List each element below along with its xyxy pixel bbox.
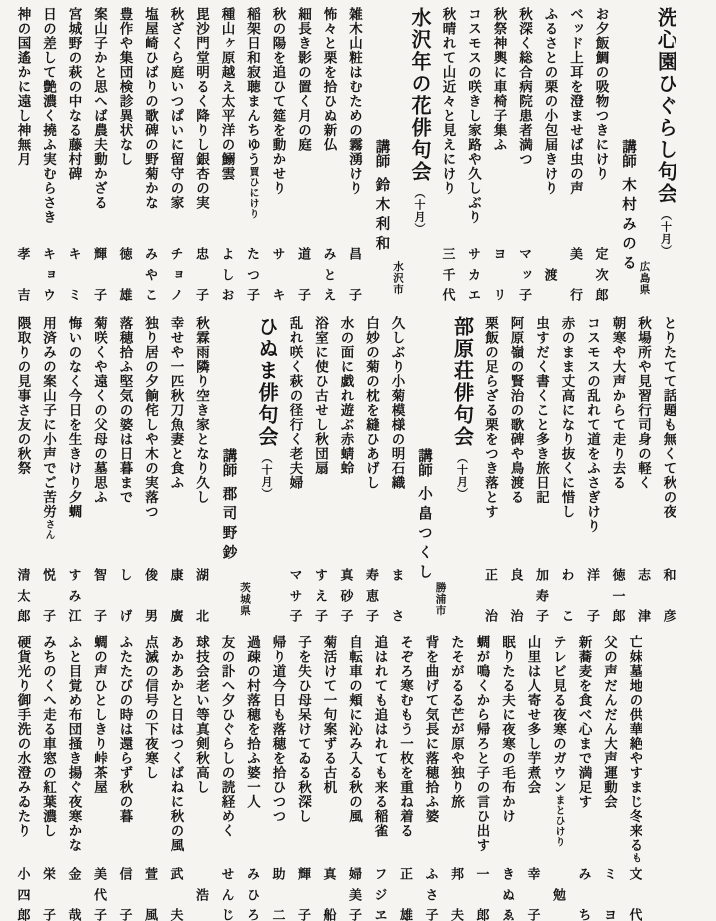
author-char: た: [246, 247, 260, 260]
poem-text: 隈取りの見事さ友の秋祭: [16, 316, 31, 476]
poem-author: すえ子: [314, 568, 328, 622]
poem-author: 加寿子: [535, 568, 549, 622]
lecturer-place-column: 茨城県: [239, 316, 250, 622]
author-char: 幸: [526, 867, 540, 880]
author-char: み: [322, 247, 336, 260]
author-char: 津: [637, 609, 651, 622]
section-title-column: 洗心園ひぐらし句会（十月）: [656, 7, 676, 301]
poem-author: キミ: [67, 247, 81, 301]
author-char: ミ: [67, 288, 81, 301]
poem-column: 秋の陽を追ひて筵を動かせりサキ: [271, 7, 285, 301]
poem-author: 清太郎: [16, 568, 30, 622]
poem-text-wrap: 蜩の声ひとしきり峠茶屋: [93, 635, 107, 795]
poem-text-wrap: 亡妹墓地の供華絶やすまじ冬来るも: [628, 635, 642, 863]
poem-text: 怖々と栗を拾ひぬ新仏: [322, 7, 337, 152]
poem-text-wrap: 神の国遙かに遠し神無月: [16, 7, 30, 167]
poem-author: 一郎: [475, 867, 489, 921]
poem-column: 乱れ咲く萩の径行く老夫婦マサ子: [288, 316, 302, 622]
poem-text-wrap: 案山子かと思へば農夫動かざる: [93, 7, 107, 210]
author-char: せ: [220, 867, 234, 880]
poem-text-wrap: とりたてて話題も無くて秋の夜: [662, 316, 676, 519]
poem-author: ミヨ: [603, 867, 617, 921]
author-char: ん: [220, 888, 234, 901]
poem-column: 落穂拾ふ堅気の婆は日暮までしげ: [118, 316, 132, 622]
author-char: 徳: [118, 247, 132, 260]
author-char: マ: [518, 247, 532, 260]
author-char: み: [246, 867, 260, 880]
poem-column: 新蕎麦を食べ心まで満足すみち: [577, 635, 591, 921]
poem-text: 種山ヶ原越え太平洋の鰯雲: [220, 7, 235, 181]
haiku-band: 洗心園ひぐらし句会（十月）広島県講師木村みのるお夕飯鯛の吸物つきにけり定次郎ベッ…: [4, 7, 676, 301]
poem-text-wrap: ふるさとの栗の小包届きけり: [543, 7, 557, 196]
author-char: 美: [93, 867, 107, 880]
poem-text-wrap: 背を曲げて気長に落穂拾ふ婆: [424, 635, 438, 824]
author-char: 治: [484, 609, 498, 622]
author-char: つ: [246, 268, 260, 281]
poem-text-wrap: 秋晴れて山近々と見えにけり: [441, 7, 455, 196]
lecturer-place: 勝浦市: [434, 582, 445, 617]
lecturer-label: 講師: [374, 139, 390, 168]
poem-text: 案山子かと思へば農夫動かざる: [92, 7, 107, 210]
author-char: 婦: [348, 867, 362, 880]
author-char: 雄: [399, 908, 413, 921]
section-month-label: （十月）: [413, 187, 425, 235]
poem-text: 豊作や集団検診異状なし: [118, 7, 133, 167]
author-char: わ: [560, 568, 574, 581]
poem-text-wrap: 過疎の村落穂を拾ふ婆一人: [246, 635, 260, 809]
poem-column: コスモスの咲きし家路や久しぶりサカエ: [467, 7, 481, 301]
poem-column: 神の国遙かに遠し神無月孝吉: [16, 7, 30, 301]
poem-text: ふと目覚め布団掻き揚ぐ夜寒かな: [67, 635, 82, 853]
poem-column: 悔いのなく今日を生きけり夕蜩すみ江: [67, 316, 81, 622]
author-char: 正: [484, 568, 498, 581]
poem-column: そぞろ寒むもう一枚を重ね着る正雄: [399, 635, 413, 921]
author-char: 浩: [195, 888, 209, 901]
author-char: 正: [399, 867, 413, 880]
poem-author: 忠子: [195, 247, 209, 301]
poem-column: 菊咲くや遠くの父母の墓思ふ智子: [93, 316, 107, 622]
poem-text: 阿原嶺の賢治の歌碑や鳥渡る: [509, 316, 524, 505]
poem-text: あかあかと日はつくばねに秋の風: [169, 635, 184, 853]
poem-text-wrap: 用済みの案山子に小声でご苦労さん: [42, 316, 56, 540]
author-char: 男: [144, 609, 158, 622]
poem-text: コスモスの乱れて道をふさぎけり: [585, 316, 600, 534]
poem-column: 過疎の村落穂を拾ふ婆一人みひろ: [246, 635, 260, 921]
poem-author: 助二: [271, 867, 285, 921]
poem-author: フジヱ: [373, 867, 387, 921]
author-char: 子: [348, 288, 362, 301]
author-char: 船: [322, 908, 336, 921]
author-char: 俊: [144, 568, 158, 581]
author-char: し: [118, 568, 132, 581]
author-char: 三: [441, 247, 455, 260]
author-char: 智: [93, 568, 107, 581]
author-char: 郎: [16, 908, 30, 921]
poem-text-wrap: ふと目覚め布団掻き揚ぐ夜寒かな: [67, 635, 81, 853]
poem-author: 三千代: [441, 247, 455, 301]
author-char: 美: [569, 247, 583, 260]
poem-column: 背を曲げて気長に落穂拾ふ婆ふさ子: [424, 635, 438, 921]
author-char: エ: [467, 288, 481, 301]
section-title: 水沢年の花俳句会: [408, 7, 430, 183]
author-char: 寿: [535, 589, 549, 602]
author-char: ち: [577, 908, 591, 921]
author-char: き: [501, 867, 515, 880]
poem-text: コスモスの咲きし家路や久しぶり: [466, 7, 481, 225]
poem-author: 正雄: [399, 867, 413, 921]
author-char: さ: [424, 888, 438, 901]
poem-column: たそがるる芒が原や独り旅邦夫: [450, 635, 464, 921]
poem-author: 孝吉: [16, 247, 30, 301]
poem-author: 真砂子: [339, 568, 353, 622]
poem-column: みちのくへ走る車窓の紅葉濃し栄子: [42, 635, 56, 921]
poem-column: 秋祭神輿に車椅子集ふヨリ: [492, 7, 506, 301]
poem-column: 帰り道今日も落穂を拾ひつつ助二: [271, 635, 285, 921]
author-char: 郎: [16, 609, 30, 622]
author-char: 子: [93, 908, 107, 921]
poem-column: 硬貨光り御手洗の水澄みゐたり小四郎: [16, 635, 30, 921]
author-char: 美: [348, 888, 362, 901]
poem-column: 自転車の頬に沁み入る秋の風婦美子: [348, 635, 362, 921]
poem-text: 秋の陽を追ひて筵を動かせり: [271, 7, 286, 196]
poem-column: 水の面に戯れ遊ぶ赤蜻蛉真砂子: [339, 316, 353, 622]
poem-text-small: まとひけり: [553, 795, 564, 848]
poem-author: 定次郎: [594, 247, 608, 301]
poem-text-wrap: 秋祭神輿に車椅子集ふ: [492, 7, 506, 152]
author-char: 恵: [365, 589, 379, 602]
lecturer-name: 木村みのる: [620, 177, 636, 275]
poem-author: 幸子: [526, 867, 540, 921]
poem-text: 落穂拾ふ堅気の婆は日暮まで: [118, 316, 133, 505]
author-char: 志: [637, 568, 651, 581]
author-char: 孝: [16, 247, 30, 260]
poem-text: 追はれても追はれても来る稲雀: [373, 635, 388, 838]
author-char: 徳: [611, 568, 625, 581]
lecturer-place-column: 水沢市: [392, 7, 403, 301]
poem-author: せんじ: [220, 867, 234, 921]
author-char: 子: [93, 288, 107, 301]
poem-text-wrap: 子を失ひ母呆けてゐる秋深し: [297, 635, 311, 824]
author-char: さ: [390, 609, 404, 622]
poem-author: わこ: [560, 568, 574, 622]
poem-column: 蜩が鳴くから帰ろと子の言ひ出す一郎: [475, 635, 489, 921]
author-char: ッ: [518, 268, 532, 281]
poem-author: 俊男: [144, 568, 158, 622]
poem-text: 新蕎麦を食べ心まで満足す: [577, 635, 592, 809]
poem-author: みとえ: [322, 247, 336, 301]
poem-column: 塩屋崎ひばりの歌碑の野菊かなみやこ: [144, 7, 158, 301]
poem-text: 自転車の頬に沁み入る秋の風: [347, 635, 362, 824]
author-char: 悦: [42, 568, 56, 581]
poem-column: 阿原嶺の賢治の歌碑や鳥渡る良治: [509, 316, 523, 622]
poem-text: 虫すだく書くこと多き旅日記: [534, 316, 549, 505]
author-char: 江: [67, 609, 81, 622]
author-char: 子: [297, 908, 311, 921]
poem-author: よしお: [220, 247, 234, 301]
lecturer-label: 講師: [620, 139, 636, 168]
author-char: 金: [67, 867, 81, 880]
poem-text: テレビ見る夜寒のガウン: [551, 635, 566, 795]
author-char: 郎: [594, 288, 608, 301]
poem-text-small: さん: [43, 519, 54, 540]
poem-text: 水の面に戯れ遊ぶ赤蜻蛉: [339, 316, 354, 476]
poem-text-wrap: 毘沙門堂明るく降りし銀杏の実: [195, 7, 209, 210]
author-char: や: [144, 268, 158, 281]
author-char: 道: [297, 247, 311, 260]
lecturer-place: 水沢市: [392, 261, 403, 296]
poem-text-wrap: 帰り道今日も落穂を拾ひつつ: [271, 635, 285, 824]
poem-author: 浩: [195, 867, 209, 921]
author-char: 子: [195, 288, 209, 301]
poem-column: 白妙の菊の枕を縫ひあげし寿恵子: [365, 316, 379, 622]
lecturer-column: 講師郡司野鈔: [221, 316, 236, 622]
poem-column: 秋霖雨隣り空き家となり久し湖北: [195, 316, 209, 622]
author-char: 定: [594, 247, 608, 260]
author-char: し: [220, 268, 234, 281]
section-title: ひぬま俳句会: [255, 316, 277, 448]
author-char: 子: [518, 288, 532, 301]
author-char: 文: [628, 867, 642, 880]
poem-column: 浴室に使ひ古せし秋団扇すえ子: [314, 316, 328, 622]
poem-text-wrap: 水の面に戯れ遊ぶ赤蜻蛉: [339, 316, 353, 476]
poem-author: 智子: [93, 568, 107, 622]
author-char: え: [322, 288, 336, 301]
author-char: 清: [16, 568, 30, 581]
poem-author: 徳一郎: [611, 568, 625, 622]
lecturer-place-column: 広島県: [638, 7, 649, 301]
poem-author: ふさ子: [424, 867, 438, 921]
poem-text-wrap: 独り居の夕餉侘しや木の実落つ: [144, 316, 158, 519]
lecturer-column: 講師鈴木利和: [374, 7, 389, 301]
author-char: と: [322, 268, 336, 281]
poem-text-wrap: 稲架日和寂聴まんちゆう買ひにけり: [246, 7, 260, 219]
author-char: よ: [220, 247, 234, 260]
author-char: ヨ: [492, 247, 506, 260]
poem-text: 帰り道今日も落穂を拾ひつつ: [271, 635, 286, 824]
poem-text: 白妙の菊の枕を縫ひあげし: [364, 316, 379, 490]
poem-text-wrap: 虫すだく書くこと多き旅日記: [535, 316, 549, 505]
author-char: 哉: [67, 908, 81, 921]
poem-author: 信子: [118, 867, 132, 921]
poem-text-wrap: 眠りたる夫に夜寒の毛布かけ: [501, 635, 515, 824]
author-char: 湖: [195, 568, 209, 581]
section-title: 洗心園ひぐらし句会: [655, 7, 676, 205]
poem-column: 子を失ひ母呆けてゐる秋深し輝子: [297, 635, 311, 921]
poem-text-wrap: 追はれても追はれても来る稲雀: [373, 635, 387, 838]
author-char: 一: [611, 589, 625, 602]
author-char: 子: [93, 609, 107, 622]
author-char: こ: [144, 288, 158, 301]
author-char: ぬ: [501, 888, 515, 901]
poem-text: 父の声だんだん大声運動会: [602, 635, 617, 809]
author-char: キ: [271, 288, 285, 301]
poem-author: 勉: [552, 867, 566, 921]
poem-text: 球技会老い等真剣秋高し: [194, 635, 209, 795]
poem-text: 久しぶり小菊模様の明石織: [390, 316, 405, 490]
poem-text: 背を曲げて気長に落穂拾ふ婆: [424, 635, 439, 824]
author-char: す: [314, 568, 328, 581]
poem-column: ふるさとの栗の小包届きけり渡: [543, 7, 557, 301]
author-char: 代: [93, 888, 107, 901]
poem-text: そぞろ寒むもう一枚を重ね着る: [398, 635, 413, 838]
poem-column: 蜩の声ひとしきり峠茶屋美代子: [93, 635, 107, 921]
poem-column: 菊活けて一句案ずる古机真船: [322, 635, 336, 921]
poem-author: 昌子: [348, 247, 362, 301]
poem-text: みちのくへ走る車窓の紅葉濃し: [41, 635, 56, 838]
author-char: 子: [42, 609, 56, 622]
poem-text: とりたてて話題も無くて秋の夜: [662, 316, 676, 519]
poem-column: 眠りたる夫に夜寒の毛布かけきぬゑ: [501, 635, 515, 921]
poem-column: 父の声だんだん大声運動会ミヨ: [603, 635, 617, 921]
poem-text: 雑木山粧はむための霧湧けり: [347, 7, 362, 196]
haiku-band: 亡妹墓地の供華絶やすまじ冬来るも文代父の声だんだん大声運動会ミヨ新蕎麦を食べ心ま…: [4, 635, 642, 921]
poem-column: 栗飯の足らざる栗をつき落とす正治: [484, 316, 498, 622]
poem-text-wrap: 悔いのなく今日を生きけり夕蜩: [67, 316, 81, 519]
lecturer-name: 郡司野鈔: [221, 486, 237, 564]
author-char: 助: [271, 867, 285, 880]
section-month-label: （十月）: [260, 452, 272, 500]
poem-column: 虫すだく書くこと多き旅日記加寿子: [535, 316, 549, 622]
author-char: 夫: [169, 908, 183, 921]
author-char: え: [314, 589, 328, 602]
lecturer-name: 小畠つくし: [416, 486, 432, 584]
author-char: 雄: [118, 288, 132, 301]
author-char: 北: [195, 609, 209, 622]
poem-column: ベッド上耳を澄ませば虫の声美行: [569, 7, 583, 301]
poem-column: 稲架日和寂聴まんちゆう買ひにけりたつ子: [246, 7, 260, 301]
author-char: 昌: [348, 247, 362, 260]
poem-text: 稲架日和寂聴まんちゆう: [245, 7, 260, 167]
author-char: 治: [509, 609, 523, 622]
poem-text-wrap: 日の差して艶濃く撓ふ実むらさき: [42, 7, 56, 225]
poem-column: 朝寒や大声からて走り去る徳一郎: [611, 316, 625, 622]
poem-text: 悔いのなく今日を生きけり夕蜩: [67, 316, 82, 519]
poem-text-wrap: たそがるる芒が原や独り旅: [450, 635, 464, 809]
poem-column: 毘沙門堂明るく降りし銀杏の実忠子: [195, 7, 209, 301]
author-char: ミ: [603, 867, 617, 880]
section-title-column: 水沢年の花俳句会（十月）: [409, 7, 429, 301]
author-char: 風: [144, 908, 158, 921]
author-char: こ: [560, 609, 574, 622]
author-char: ョ: [169, 268, 183, 281]
author-char: チ: [169, 247, 183, 260]
poem-text: 用済みの案山子に小声でご苦労: [41, 316, 56, 519]
poem-column: 秋深く総合病院患者満つマッ子: [518, 7, 532, 301]
author-char: マ: [288, 568, 302, 581]
poem-column: 点滅の信号の下夜寒し萱風: [144, 635, 158, 921]
poem-column: テレビ見る夜寒のガウンまとひけり勉: [552, 635, 566, 921]
author-char: み: [144, 247, 158, 260]
poem-author: みち: [577, 867, 591, 921]
poem-text: 毘沙門堂明るく降りし銀杏の実: [194, 7, 209, 210]
poem-author: 文代: [628, 867, 642, 921]
poem-text-wrap: 秋深く総合病院患者満つ: [518, 7, 532, 167]
poem-text: 眠りたる夫に夜寒の毛布かけ: [500, 635, 515, 824]
author-char: 小: [16, 867, 30, 880]
section-title: 部原荘俳句会: [451, 316, 473, 448]
poem-text-wrap: 菊活けて一句案ずる古机: [322, 635, 336, 795]
poem-text: 浴室に使ひ古せし秋団扇: [313, 316, 328, 476]
poem-text-wrap: ベッド上耳を澄ませば虫の声: [569, 7, 583, 196]
poem-text-wrap: 自転車の頬に沁み入る秋の風: [348, 635, 362, 824]
poem-author: 渡: [543, 247, 557, 301]
poem-author: 正治: [484, 568, 498, 622]
poem-text-wrap: 父の声だんだん大声運動会: [603, 635, 617, 809]
poem-author: サキ: [271, 247, 285, 301]
poem-text: 秋晴れて山近々と見えにけり: [441, 7, 456, 196]
author-char: ョ: [42, 268, 56, 281]
poem-text-wrap: テレビ見る夜寒のガウンまとひけり: [552, 635, 566, 847]
poem-column: 隈取りの見事さ友の秋祭清太郎: [16, 316, 30, 622]
author-char: 子: [42, 908, 56, 921]
author-char: キ: [42, 247, 56, 260]
lecturer-place-column: 勝浦市: [434, 316, 445, 622]
poem-text-wrap: そぞろ寒むもう一枚を重ね着る: [399, 635, 413, 838]
author-char: 郎: [611, 609, 625, 622]
poem-text: 秋ざくら庭いつぱいに留守の家: [169, 7, 184, 210]
poem-author: マッ子: [518, 247, 532, 301]
poem-author: 志津: [637, 568, 651, 622]
poem-author: すみ江: [67, 568, 81, 622]
poem-text: 独り居の夕餉侘しや木の実落つ: [143, 316, 158, 519]
poem-text: 子を失ひ母呆けてゐる秋深し: [296, 635, 311, 824]
poem-text: 菊咲くや遠くの父母の墓思ふ: [92, 316, 107, 505]
poem-column: ふと目覚め布団掻き揚ぐ夜寒かな金哉: [67, 635, 81, 921]
poem-author: 康廣: [169, 568, 183, 622]
poem-text: 菊活けて一句案ずる古机: [322, 635, 337, 795]
poem-text-wrap: 赤のまま丈高になり抜くに惜し: [560, 316, 574, 519]
poem-text-wrap: 秋ざくら庭いつぱいに留守の家: [169, 7, 183, 210]
poem-column: 独り居の夕餉侘しや木の実落つ俊男: [144, 316, 158, 622]
author-char: み: [577, 867, 591, 880]
poem-text-wrap: 友の訃へ夕ひぐらしの読経めく: [220, 635, 234, 838]
author-char: ゑ: [501, 908, 515, 921]
author-char: 子: [314, 609, 328, 622]
poem-text-wrap: 久しぶり小菊模様の明石織: [390, 316, 404, 490]
author-char: ろ: [246, 908, 260, 921]
author-char: 子: [297, 288, 311, 301]
author-char: 子: [424, 908, 438, 921]
author-char: じ: [220, 908, 234, 921]
poem-text-wrap: 新蕎麦を食べ心まで満足す: [577, 635, 591, 809]
poem-author: チョノ: [169, 247, 183, 301]
author-char: 吉: [16, 288, 30, 301]
author-char: 代: [628, 908, 642, 921]
poem-author: 和彦: [662, 568, 676, 622]
author-char: 加: [535, 568, 549, 581]
author-char: 洋: [586, 568, 600, 581]
poem-text-wrap: 栗飯の足らざる栗をつき落とす: [484, 316, 498, 519]
author-char: 千: [441, 268, 455, 281]
section-month-label: （十月）: [660, 209, 672, 257]
poem-text: 赤のまま丈高になり抜くに惜し: [560, 316, 575, 519]
poem-text: お夕飯鯛の吸物つきにけり: [594, 7, 609, 181]
author-char: サ: [288, 589, 302, 602]
poem-author: しげ: [118, 568, 132, 622]
author-char: 子: [535, 609, 549, 622]
poem-author: 婦美子: [348, 867, 362, 921]
author-char: 輝: [297, 867, 311, 880]
haiku-page: 洗心園ひぐらし句会（十月）広島県講師木村みのるお夕飯鯛の吸物つきにけり定次郎ベッ…: [0, 0, 716, 921]
author-char: 忠: [195, 247, 209, 260]
author-char: ウ: [42, 288, 56, 301]
poem-text-wrap: あかあかと日はつくばねに秋の風: [169, 635, 183, 853]
poem-author: 萱風: [144, 867, 158, 921]
author-char: 郎: [475, 908, 489, 921]
poem-text: 硬貨光り御手洗の水澄みゐたり: [16, 635, 31, 838]
section-title-column: 部原荘俳句会（十月）: [452, 316, 472, 622]
author-char: げ: [118, 609, 132, 622]
